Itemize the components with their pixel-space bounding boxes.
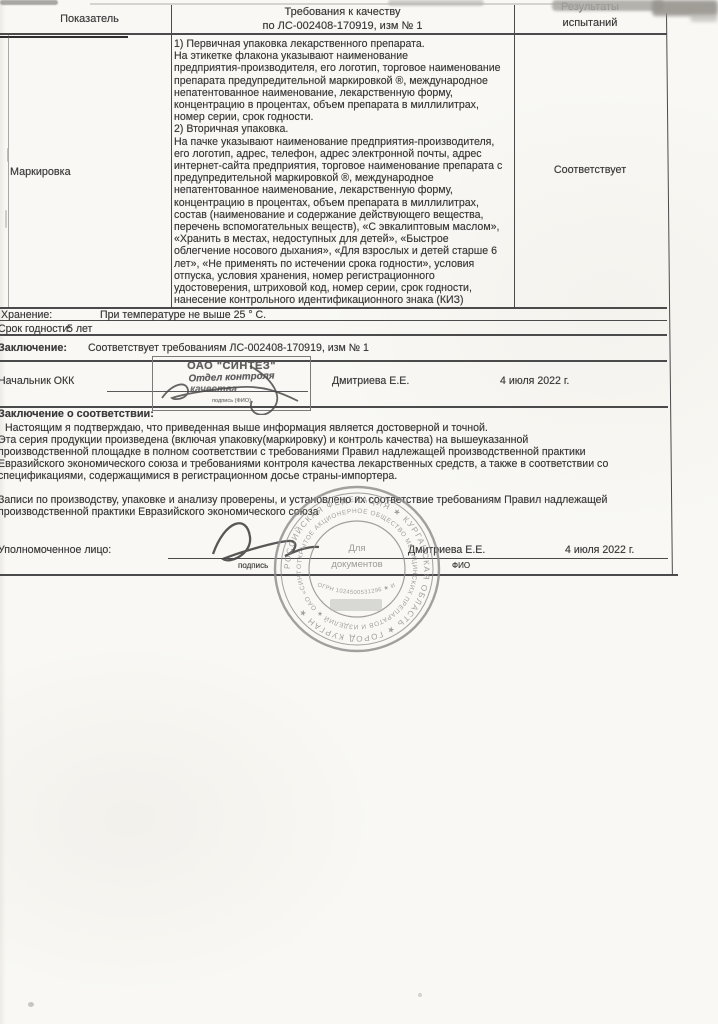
stamp-center-line1: Для [348,543,365,554]
storage-value: При температуре не выше 25 ° С. [100,309,266,321]
requirements-cell-text: 1) Первичная упаковка лекарственного пре… [174,38,512,306]
header-bottom-border [0,33,667,35]
column-header-requirements-line1: Требования к качеству [171,6,514,18]
indicator-cell-marking: Маркировка [10,166,71,178]
column-header-requirements-line2: по ЛС-002408-170919, изм № 1 [171,20,514,32]
stamp-logo-smudge [330,599,382,611]
okk-signature [100,360,315,415]
stamp-center-line2: документов [331,559,382,570]
col1-col2-divider [171,5,172,307]
okk-sign-date: 4 июля 2022 г. [500,375,569,387]
column-header-results-line2: испытаний [514,17,666,29]
scan-smudge-top-middle [388,0,484,6]
column-header-indicator: Показатель [8,13,171,25]
authorized-sign-date: 4 июля 2022 г. [565,544,634,556]
compliance-title: Заключение о соответствии: [0,408,154,420]
scan-speck-left-margin-2 [5,210,7,228]
storage-label: Хранение: [1,309,52,321]
scan-smudge-top-left [0,0,58,5]
col2-col3-divider [514,5,515,307]
table-left-border [8,33,9,307]
row-border-under-shelf-life [0,334,667,336]
conclusion-value: Соответствует требованиям ЛС-002408-1709… [88,342,369,354]
table-right-border [666,13,673,575]
okk-signer-name: Дмитриева Е.Е. [332,375,409,387]
conclusion-label: Заключение: [0,342,67,354]
authorized-person-label: Уполномоченное лицо: [0,544,111,556]
compliance-paragraph-1: Настоящим я подтверждаю, что приведенная… [5,422,488,434]
scan-speck-bottom-middle [418,993,422,997]
result-cell-value: Соответствует [514,164,666,176]
scan-smudge-top-right-3 [690,14,718,22]
scan-speck-bottom-left [28,1002,34,1007]
header-bottom-border-dark-segment [0,36,128,38]
scanned-quality-document: Показатель Требования к качеству по ЛС-0… [0,0,718,1024]
scan-smudge-top-right-1 [552,0,664,11]
okk-position-label: Начальник ОКК [0,375,74,387]
shelf-life-value: 5 лет [67,323,92,335]
top-cropped-line [90,3,570,5]
round-company-stamp: РОССИЙСКАЯ ФЕДЕРАЦИЯ ★ КУРГАНСКАЯ ОБЛАСТ… [262,474,452,664]
scan-speck-left-margin-1 [7,148,9,162]
authorized-name-caption: ФИО [452,561,470,570]
shelf-life-label: Срок годности: [0,323,71,335]
